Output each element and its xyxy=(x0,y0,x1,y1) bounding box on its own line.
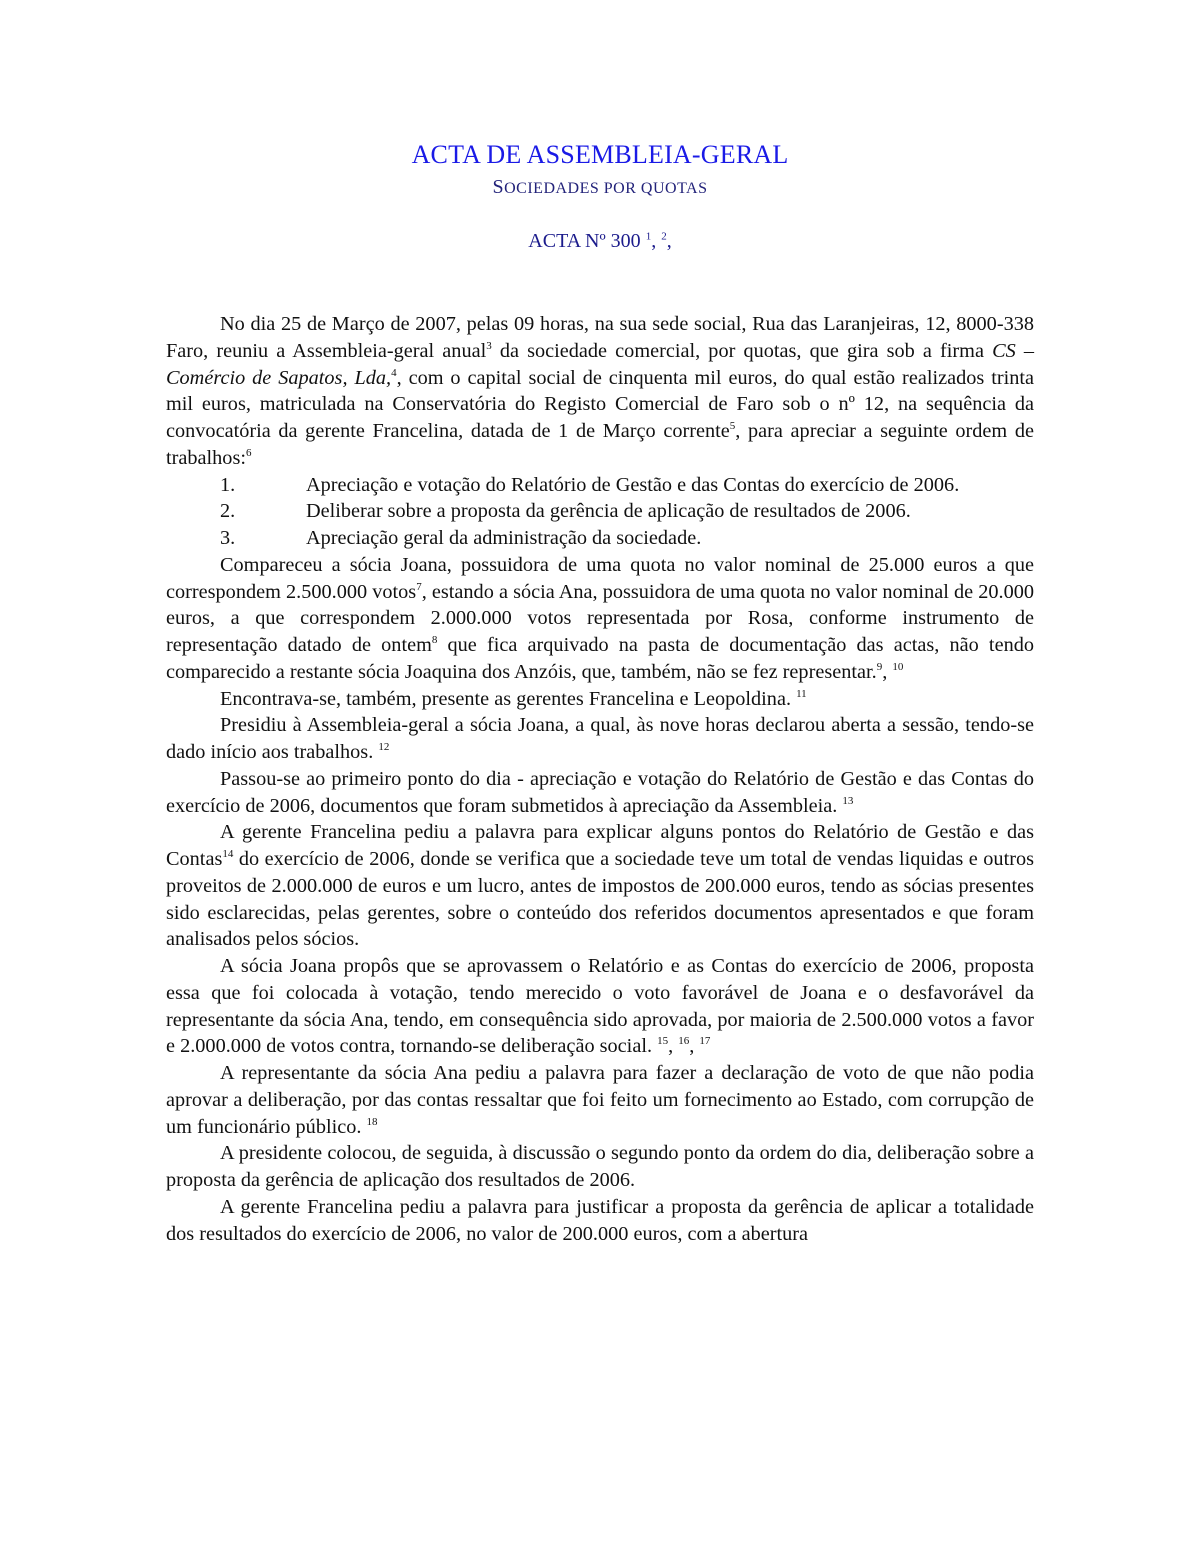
document-title: ACTA DE ASSEMBLEIA-GERAL xyxy=(166,140,1034,170)
footnote-ref[interactable]: 10 xyxy=(892,661,903,673)
agenda-text: Apreciação geral da administração da soc… xyxy=(306,527,701,549)
subtitle-rest: OCIEDADES POR QUOTAS xyxy=(504,180,707,197)
footnote-ref[interactable]: 6 xyxy=(246,447,252,459)
paragraph-chair: Presidiu à Assembleia-geral a sócia Joan… xyxy=(166,712,1034,766)
footnote-ref[interactable]: 18 xyxy=(367,1116,378,1128)
acta-number-label: ACTA Nº 300 xyxy=(528,230,640,252)
document-body: No dia 25 de Março de 2007, pelas 09 hor… xyxy=(166,311,1034,1247)
footnote-ref[interactable]: 11 xyxy=(796,688,807,700)
agenda-text: Deliberar sobre a proposta da gerência d… xyxy=(306,500,911,522)
paragraph-second-point: A presidente colocou, de seguida, à disc… xyxy=(166,1140,1034,1194)
agenda-number: 1. xyxy=(220,472,306,499)
paragraph-manager-explanation: A gerente Francelina pediu a palavra par… xyxy=(166,819,1034,953)
agenda-text: Apreciação e votação do Relatório de Ges… xyxy=(306,474,959,496)
footnote-ref[interactable]: 13 xyxy=(842,795,853,807)
agenda-item-1: 1.Apreciação e votação do Relatório de G… xyxy=(166,472,1034,499)
footnote-ref[interactable]: 12 xyxy=(378,741,389,753)
paragraph-meeting-intro: No dia 25 de Março de 2007, pelas 09 hor… xyxy=(166,311,1034,472)
subtitle-initial: S xyxy=(492,176,504,198)
paragraph-vote: A sócia Joana propôs que se aprovassem o… xyxy=(166,953,1034,1060)
footnote-ref[interactable]: 17 xyxy=(699,1035,710,1047)
footnote-ref[interactable]: 16 xyxy=(678,1035,689,1047)
agenda-number: 2. xyxy=(220,498,306,525)
agenda-number: 3. xyxy=(220,525,306,552)
document-subtitle: SOCIEDADES POR QUOTAS xyxy=(166,176,1034,199)
footnote-ref[interactable]: 15 xyxy=(657,1035,668,1047)
footnote-ref[interactable]: 14 xyxy=(222,848,233,860)
agenda-item-3: 3.Apreciação geral da administração da s… xyxy=(166,525,1034,552)
paragraph-first-point: Passou-se ao primeiro ponto do dia - apr… xyxy=(166,766,1034,820)
footnote-ref[interactable]: 2 xyxy=(661,230,667,242)
footnote-ref[interactable]: 1 xyxy=(646,230,652,242)
acta-number: ACTA Nº 300 1, 2, xyxy=(166,230,1034,253)
agenda-item-2: 2.Deliberar sobre a proposta da gerência… xyxy=(166,498,1034,525)
paragraph-results-proposal: A gerente Francelina pediu a palavra par… xyxy=(166,1194,1034,1248)
paragraph-managers-present: Encontrava-se, também, presente as geren… xyxy=(166,686,1034,713)
paragraph-vote-declaration: A representante da sócia Ana pediu a pal… xyxy=(166,1060,1034,1140)
paragraph-attendance: Compareceu a sócia Joana, possuidora de … xyxy=(166,552,1034,686)
